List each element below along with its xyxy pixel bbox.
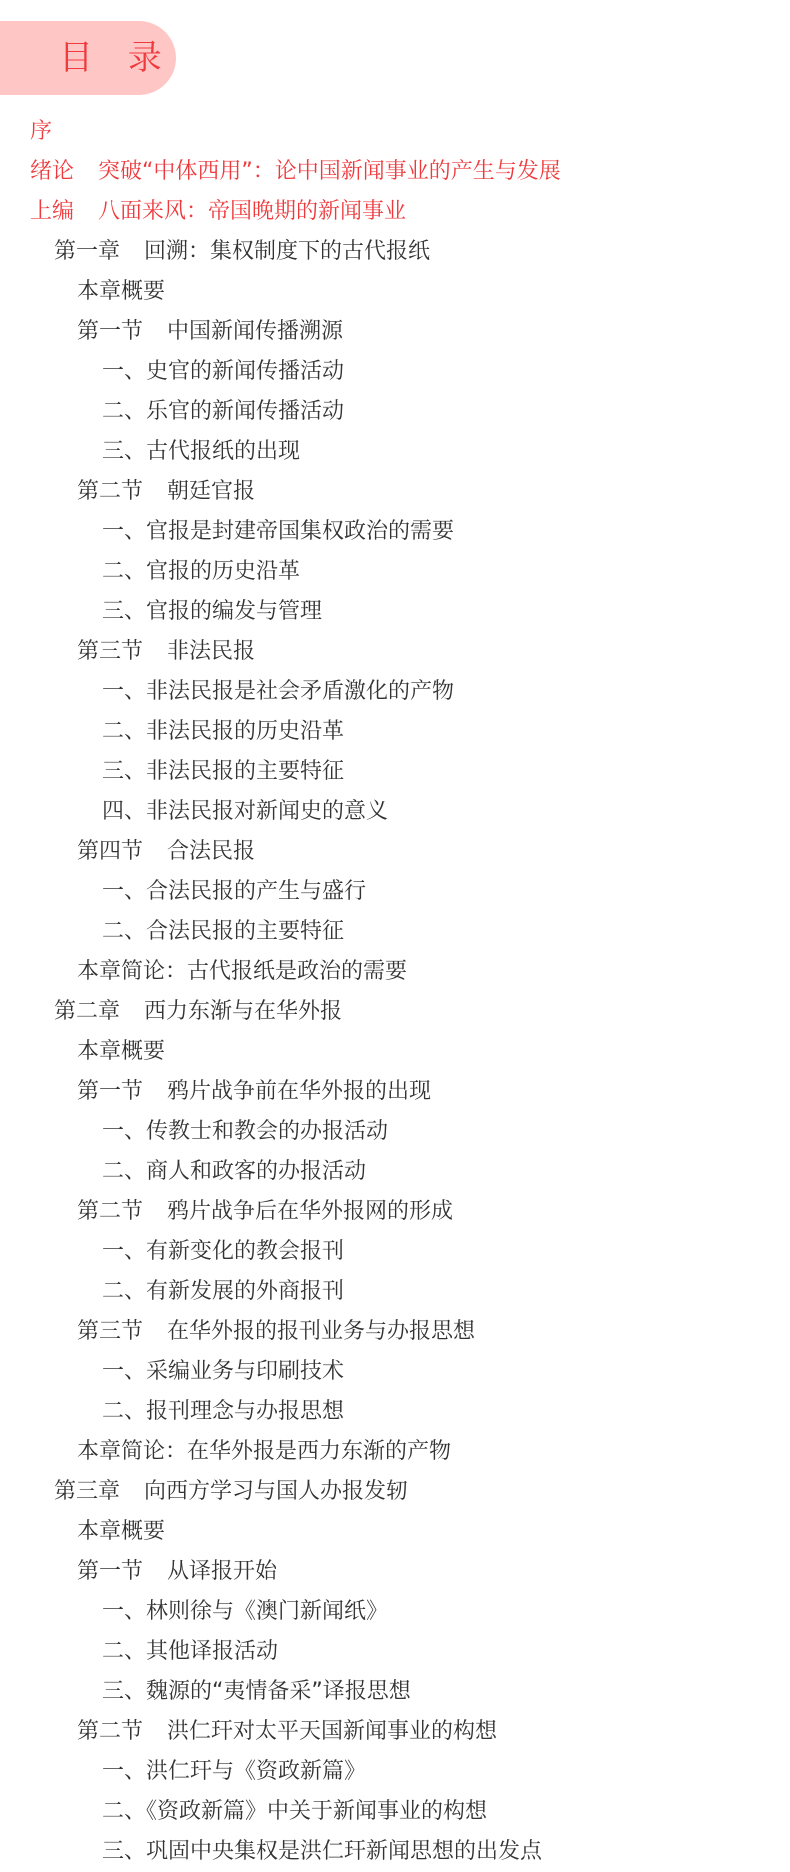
toc-entry-title: 洪仁玕对太平天国新闻事业的构想 <box>167 1719 497 1744</box>
toc-subsection-entry[interactable]: 二、商人和政客的办报活动 <box>0 1152 790 1192</box>
toc-entry-title: 一、合法民报的产生与盛行 <box>102 879 366 904</box>
toc-subsection-entry[interactable]: 三、魏源的“夷情备采”译报思想 <box>0 1672 790 1712</box>
toc-entry-title: 鸦片战争前在华外报的出现 <box>167 1079 431 1104</box>
toc-entry-number: 本章概要 <box>77 272 165 312</box>
toc-entry-title: 二、官报的历史沿革 <box>102 559 300 584</box>
toc-list: 序绪论突破“中体西用”：论中国新闻事业的产生与发展上编八面来风：帝国晚期的新闻事… <box>0 112 790 1872</box>
toc-entry-title: 八面来风：帝国晚期的新闻事业 <box>98 199 406 224</box>
toc-chapter-entry[interactable]: 第三章向西方学习与国人办报发轫 <box>0 1472 790 1512</box>
toc-section-entry[interactable]: 第一节鸦片战争前在华外报的出现 <box>0 1072 790 1112</box>
toc-subsection-entry[interactable]: 一、史官的新闻传播活动 <box>0 352 790 392</box>
toc-section-entry[interactable]: 第一节从译报开始 <box>0 1552 790 1592</box>
toc-subsection-entry[interactable]: 一、非法民报是社会矛盾激化的产物 <box>0 672 790 712</box>
toc-entry-number: 第一节 <box>77 1552 143 1592</box>
toc-entry-title: 从译报开始 <box>167 1559 277 1584</box>
toc-subsection-entry[interactable]: 三、官报的编发与管理 <box>0 592 790 632</box>
toc-entry-number: 第三节 <box>77 632 143 672</box>
toc-section-entry[interactable]: 本章简论：古代报纸是政治的需要 <box>0 952 790 992</box>
toc-subsection-entry[interactable]: 二、合法民报的主要特征 <box>0 912 790 952</box>
toc-entry-number: 绪论 <box>30 152 74 192</box>
toc-entry-number: 第二节 <box>77 1192 143 1232</box>
toc-chapter-entry[interactable]: 第二章西力东渐与在华外报 <box>0 992 790 1032</box>
toc-entry-title: 本章简论：在华外报是西力东渐的产物 <box>77 1439 451 1464</box>
toc-entry-title: 二、非法民报的历史沿革 <box>102 719 344 744</box>
toc-entry-number: 第一节 <box>77 312 143 352</box>
toc-section-entry[interactable]: 本章概要 <box>0 1032 790 1072</box>
toc-subsection-entry[interactable]: 一、合法民报的产生与盛行 <box>0 872 790 912</box>
toc-subsection-entry[interactable]: 一、官报是封建帝国集权政治的需要 <box>0 512 790 552</box>
toc-entry-number: 本章概要 <box>77 1512 165 1552</box>
toc-subsection-entry[interactable]: 二、非法民报的历史沿革 <box>0 712 790 752</box>
toc-entry-title: 朝廷官报 <box>167 479 255 504</box>
toc-entry-title: 西力东渐与在华外报 <box>144 999 342 1024</box>
toc-entry-title: 本章简论：古代报纸是政治的需要 <box>77 959 407 984</box>
toc-entry-title: 二、有新发展的外商报刊 <box>102 1279 344 1304</box>
toc-subsection-entry[interactable]: 二、乐官的新闻传播活动 <box>0 392 790 432</box>
toc-section-entry[interactable]: 本章简论：在华外报是西力东渐的产物 <box>0 1432 790 1472</box>
toc-entry-title: 中国新闻传播溯源 <box>167 319 343 344</box>
toc-entry-number: 第三章 <box>54 1472 120 1512</box>
toc-entry-title: 一、传教士和教会的办报活动 <box>102 1119 388 1144</box>
toc-entry-title: 二、其他译报活动 <box>102 1639 278 1664</box>
toc-subsection-entry[interactable]: 二、其他译报活动 <box>0 1632 790 1672</box>
toc-part-entry[interactable]: 绪论突破“中体西用”：论中国新闻事业的产生与发展 <box>0 152 790 192</box>
toc-entry-title: 二、商人和政客的办报活动 <box>102 1159 366 1184</box>
toc-entry-title: 突破“中体西用”：论中国新闻事业的产生与发展 <box>98 159 561 184</box>
toc-entry-title: 合法民报 <box>167 839 255 864</box>
toc-section-entry[interactable]: 第一节中国新闻传播溯源 <box>0 312 790 352</box>
toc-section-entry[interactable]: 第三节非法民报 <box>0 632 790 672</box>
toc-subsection-entry[interactable]: 二、报刊理念与办报思想 <box>0 1392 790 1432</box>
toc-entry-title: 一、洪仁玕与《资政新篇》 <box>102 1759 366 1784</box>
toc-entry-title: 三、非法民报的主要特征 <box>102 759 344 784</box>
toc-entry-number: 第三节 <box>77 1312 143 1352</box>
toc-entry-title: 一、采编业务与印刷技术 <box>102 1359 344 1384</box>
toc-entry-title: 一、官报是封建帝国集权政治的需要 <box>102 519 454 544</box>
toc-entry-number: 序 <box>30 112 52 152</box>
toc-section-entry[interactable]: 本章概要 <box>0 272 790 312</box>
toc-entry-title: 一、史官的新闻传播活动 <box>102 359 344 384</box>
toc-entry-title: 回溯：集权制度下的古代报纸 <box>144 239 430 264</box>
toc-subsection-entry[interactable]: 一、林则徐与《澳门新闻纸》 <box>0 1592 790 1632</box>
toc-section-entry[interactable]: 第四节合法民报 <box>0 832 790 872</box>
toc-entry-number: 第二章 <box>54 992 120 1032</box>
toc-entry-title: 一、林则徐与《澳门新闻纸》 <box>102 1599 388 1624</box>
toc-chapter-entry[interactable]: 第一章回溯：集权制度下的古代报纸 <box>0 232 790 272</box>
toc-subsection-entry[interactable]: 二、官报的历史沿革 <box>0 552 790 592</box>
toc-subsection-entry[interactable]: 三、非法民报的主要特征 <box>0 752 790 792</box>
toc-entry-title: 一、非法民报是社会矛盾激化的产物 <box>102 679 454 704</box>
toc-entry-title: 三、古代报纸的出现 <box>102 439 300 464</box>
toc-section-entry[interactable]: 本章概要 <box>0 1512 790 1552</box>
toc-entry-title: 鸦片战争后在华外报网的形成 <box>167 1199 453 1224</box>
toc-entry-title: 二、合法民报的主要特征 <box>102 919 344 944</box>
toc-subsection-entry[interactable]: 一、有新变化的教会报刊 <box>0 1232 790 1272</box>
toc-entry-title: 三、巩固中央集权是洪仁玕新闻思想的出发点 <box>102 1839 542 1864</box>
toc-entry-number: 本章概要 <box>77 1032 165 1072</box>
toc-part-entry[interactable]: 上编八面来风：帝国晚期的新闻事业 <box>0 192 790 232</box>
toc-entry-title: 一、有新变化的教会报刊 <box>102 1239 344 1264</box>
toc-subsection-entry[interactable]: 一、采编业务与印刷技术 <box>0 1352 790 1392</box>
toc-subsection-entry[interactable]: 三、古代报纸的出现 <box>0 432 790 472</box>
toc-subsection-entry[interactable]: 一、传教士和教会的办报活动 <box>0 1112 790 1152</box>
toc-subsection-entry[interactable]: 二、《资政新篇》中关于新闻事业的构想 <box>0 1792 790 1832</box>
toc-subsection-entry[interactable]: 二、有新发展的外商报刊 <box>0 1272 790 1312</box>
toc-section-entry[interactable]: 第二节洪仁玕对太平天国新闻事业的构想 <box>0 1712 790 1752</box>
toc-subsection-entry[interactable]: 四、非法民报对新闻史的意义 <box>0 792 790 832</box>
toc-entry-title: 二、乐官的新闻传播活动 <box>102 399 344 424</box>
toc-entry-title: 在华外报的报刊业务与办报思想 <box>167 1319 475 1344</box>
toc-entry-title: 三、魏源的“夷情备采”译报思想 <box>102 1679 411 1704</box>
toc-part-entry[interactable]: 序 <box>0 112 790 152</box>
toc-entry-title: 四、非法民报对新闻史的意义 <box>102 799 388 824</box>
toc-entry-number: 上编 <box>30 192 74 232</box>
toc-header-pill: 目 录 <box>0 21 176 95</box>
toc-entry-number: 第一节 <box>77 1072 143 1112</box>
toc-subsection-entry[interactable]: 一、洪仁玕与《资政新篇》 <box>0 1752 790 1792</box>
toc-section-entry[interactable]: 第三节在华外报的报刊业务与办报思想 <box>0 1312 790 1352</box>
toc-title: 目 录 <box>59 21 174 95</box>
toc-subsection-entry[interactable]: 三、巩固中央集权是洪仁玕新闻思想的出发点 <box>0 1832 790 1872</box>
toc-entry-title: 非法民报 <box>167 639 255 664</box>
toc-section-entry[interactable]: 第二节鸦片战争后在华外报网的形成 <box>0 1192 790 1232</box>
toc-entry-number: 第二节 <box>77 472 143 512</box>
toc-entry-title: 向西方学习与国人办报发轫 <box>144 1479 408 1504</box>
toc-entry-title: 二、报刊理念与办报思想 <box>102 1399 344 1424</box>
toc-entry-number: 第二节 <box>77 1712 143 1752</box>
toc-entry-number: 第一章 <box>54 232 120 272</box>
toc-entry-title: 三、官报的编发与管理 <box>102 599 322 624</box>
toc-entry-title: 二、《资政新篇》中关于新闻事业的构想 <box>102 1799 487 1824</box>
toc-section-entry[interactable]: 第二节朝廷官报 <box>0 472 790 512</box>
toc-entry-number: 第四节 <box>77 832 143 872</box>
